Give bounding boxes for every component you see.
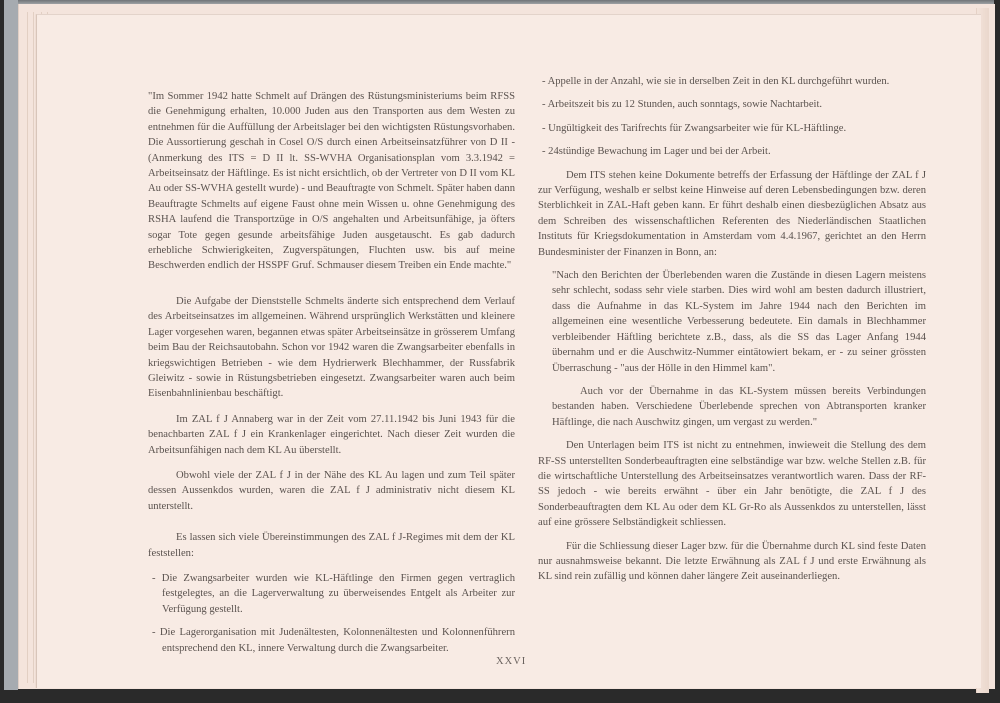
scanner-frame-left xyxy=(4,0,18,690)
paragraph-its-dokumente: Dem ITS stehen keine Dokumente betreffs … xyxy=(538,168,926,260)
bullet-appelle: - Appelle in der Anzahl, wie sie in ders… xyxy=(538,74,926,89)
paragraph-obwohl: Obwohl viele der ZAL f J in der Nähe des… xyxy=(148,468,515,514)
schmelt-quote: "Im Sommer 1942 hatte Schmelt auf Dränge… xyxy=(148,89,515,274)
paragraph-dienststelle: Die Aufgabe der Dienststelle Schmelts än… xyxy=(148,294,515,402)
bullet-tarifrecht: - Ungültigkeit des Tarifrechts für Zwang… xyxy=(538,121,926,136)
bullet-zwangsarbeiter: - Die Zwangsarbeiter wurden wie KL-Häftl… xyxy=(148,571,515,617)
bullet-bewachung: - 24stündige Bewachung im Lager und bei … xyxy=(538,144,926,159)
page-number: XXVI xyxy=(496,656,526,667)
bullet-lagerorganisation: - Die Lagerorganisation mit Judenälteste… xyxy=(148,625,515,656)
page-edge-line xyxy=(27,12,28,683)
institute-quote-part-2: Auch vor der Übernahme in das KL-System … xyxy=(538,384,926,430)
paragraph-unterlagen: Den Unterlagen beim ITS ist nicht zu ent… xyxy=(538,438,926,530)
paragraph-schliessung: Für die Schliessung dieser Lager bzw. fü… xyxy=(538,539,926,585)
page-edge-line xyxy=(33,12,34,683)
paragraph-uebereinstimmungen: Es lassen sich viele Übereinstimmungen d… xyxy=(148,530,515,561)
paragraph-annaberg: Im ZAL f J Annaberg war in der Zeit vom … xyxy=(148,412,515,458)
left-column: "Im Sommer 1942 hatte Schmelt auf Dränge… xyxy=(148,89,515,656)
institute-quote-part-1: "Nach den Berichten der Überlebenden war… xyxy=(538,268,926,376)
bullet-arbeitszeit: - Arbeitszeit bis zu 12 Stunden, auch so… xyxy=(538,97,926,112)
right-column: - Appelle in der Anzahl, wie sie in ders… xyxy=(538,74,926,585)
